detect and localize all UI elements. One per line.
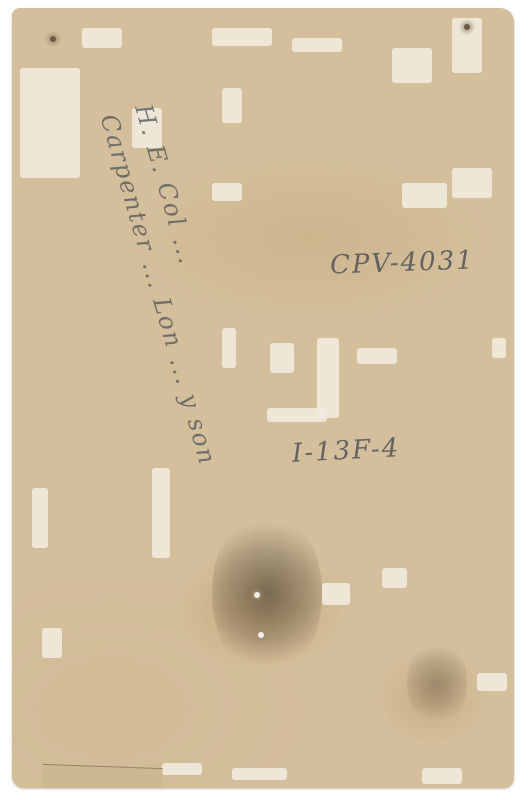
paper-flake bbox=[222, 88, 242, 123]
catalog-number: CPV-4031 bbox=[330, 245, 476, 280]
pin-hole bbox=[254, 592, 260, 598]
paper-flake bbox=[402, 183, 447, 208]
paper-flake bbox=[152, 468, 170, 558]
paper-flake bbox=[20, 68, 80, 178]
paper-flake bbox=[267, 408, 327, 422]
paper-flake bbox=[82, 28, 122, 48]
paper-flake bbox=[162, 763, 202, 775]
paper-flake bbox=[270, 343, 294, 373]
paper-flake bbox=[422, 768, 462, 784]
paper-flake bbox=[492, 338, 506, 358]
mold-stain bbox=[407, 638, 467, 728]
paper-flake bbox=[232, 768, 287, 780]
paper-flake bbox=[477, 673, 507, 691]
paper-flake bbox=[42, 628, 62, 658]
accession-number: I-13F-4 bbox=[291, 433, 401, 469]
paper-flake bbox=[392, 48, 432, 83]
paper-flake bbox=[382, 568, 407, 588]
torn-corner bbox=[41, 764, 162, 788]
pin-hole bbox=[50, 36, 56, 42]
paper-flake bbox=[212, 183, 242, 201]
paper-flake bbox=[317, 338, 339, 418]
paper-flake bbox=[212, 28, 272, 46]
paper-flake bbox=[32, 488, 48, 548]
paper-flake bbox=[357, 348, 397, 364]
paper-flake bbox=[322, 583, 350, 605]
paper-flake bbox=[452, 168, 492, 198]
paper-flake bbox=[292, 38, 342, 52]
mold-stain bbox=[212, 508, 322, 678]
card-back bbox=[12, 8, 514, 788]
pin-hole bbox=[464, 24, 470, 30]
pin-hole bbox=[258, 632, 264, 638]
